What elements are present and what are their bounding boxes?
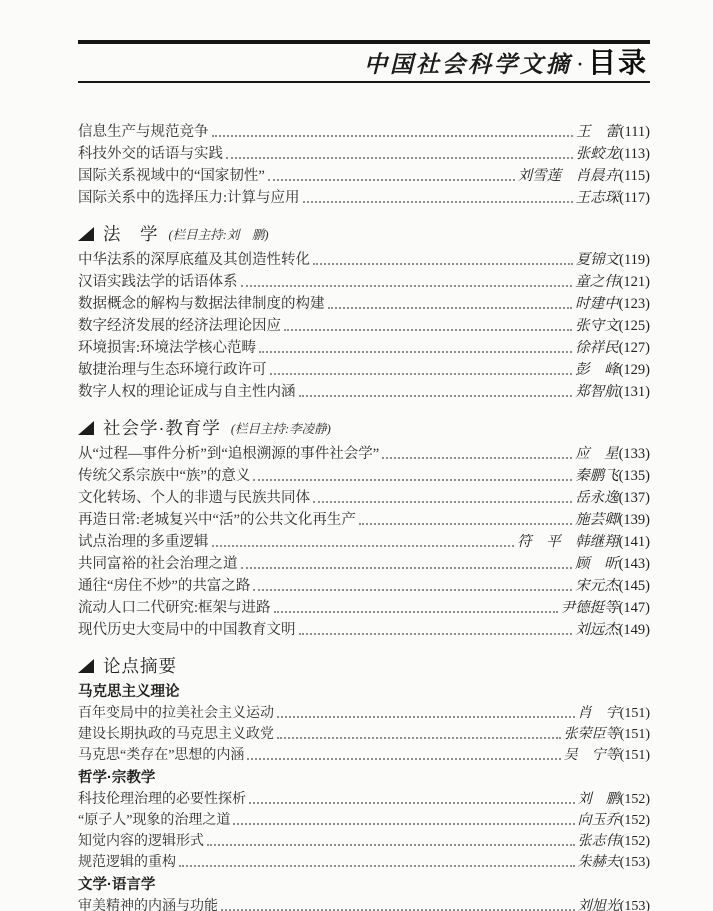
dotted-leader xyxy=(249,802,575,804)
toc-entry-row: 流动人口二代研究:框架与进路尹德挺等(147) xyxy=(78,595,650,617)
dotted-leader xyxy=(328,307,573,309)
toc-entry-row: 数字人权的理论证成与自主性内涵郑智航(131) xyxy=(78,379,650,401)
section-title: 社会学·教育学 xyxy=(103,420,221,438)
toc-entry-row: 数据概念的解构与数据法律制度的构建时建中(123) xyxy=(78,291,650,313)
entry-authors: 张荣臣等 xyxy=(564,723,620,743)
entry-title: 建设长期执政的马克思主义政党 xyxy=(78,723,274,743)
section-host: (栏目主持:李凌静) xyxy=(231,422,331,437)
toc-entry-row: 国际关系中的选择压力:计算与应用王志琛(117) xyxy=(78,185,650,207)
entry-title: “原子人”现象的治理之道 xyxy=(78,809,230,829)
section-header: 社会学·教育学(栏目主持:李凌静) xyxy=(78,413,650,437)
entry-page-number: (152) xyxy=(620,834,650,850)
entry-title: 规范逻辑的重构 xyxy=(78,851,176,871)
entry-page-number: (153) xyxy=(620,855,650,871)
entry-title: 现代历史大变局中的中国教育文明 xyxy=(78,618,296,639)
entry-title: 数据概念的解构与数据法律制度的构建 xyxy=(78,292,325,313)
entry-authors: 童之伟 xyxy=(575,270,619,291)
entry-authors: 郑智航 xyxy=(575,380,619,401)
dotted-leader xyxy=(179,865,575,867)
entry-page-number: (149) xyxy=(619,622,650,639)
entry-authors: 向玉乔 xyxy=(578,809,620,829)
entry-page-number: (143) xyxy=(619,556,650,573)
entry-title: 知觉内容的逻辑形式 xyxy=(78,830,204,850)
dotted-leader xyxy=(270,373,573,375)
toc-entry-row: 通往“房住不炒”的共富之路宋元杰(145) xyxy=(78,573,650,595)
entry-title: 信息生产与规范竞争 xyxy=(78,120,209,141)
dotted-leader xyxy=(277,737,561,739)
dotted-leader xyxy=(212,545,515,547)
entry-page-number: (125) xyxy=(619,318,650,335)
entry-page-number: (153) xyxy=(620,899,650,911)
toc-page: 中国社会科学文摘 · 目录 信息生产与规范竞争王 蕾(111)科技外交的话语与实… xyxy=(0,0,713,911)
toc-entry-row: 再造日常:老城复兴中“活”的公共文化再生产施芸卿(139) xyxy=(78,507,650,529)
entry-authors: 夏锦文 xyxy=(576,248,620,269)
entry-authors: 尹德挺等 xyxy=(561,596,619,617)
entry-title: 传统父系宗族中“族”的意义 xyxy=(78,464,250,485)
toc-entry-row: 科技伦理治理的必要性探析刘 鹏(152) xyxy=(78,787,650,808)
subsection-header: 文学·语言学 xyxy=(78,872,650,894)
page-header: 中国社会科学文摘 · 目录 xyxy=(78,40,650,83)
entry-page-number: (115) xyxy=(619,168,650,185)
dotted-leader xyxy=(313,263,573,265)
section-marker-icon xyxy=(78,227,94,241)
toc-entry-row: 试点治理的多重逻辑符 平 韩继翔(141) xyxy=(78,529,650,551)
dotted-leader xyxy=(382,457,572,459)
toc-list: 信息生产与规范竞争王 蕾(111)科技外交的话语与实践张蛟龙(113)国际关系视… xyxy=(78,119,650,911)
entry-title: 数字人权的理论证成与自主性内涵 xyxy=(78,380,296,401)
entry-page-number: (151) xyxy=(620,706,650,722)
toc-entry-row: 科技外交的话语与实践张蛟龙(113) xyxy=(78,141,650,163)
entry-title: 敏捷治理与生态环境行政许可 xyxy=(78,358,267,379)
toc-entry-row: 现代历史大变局中的中国教育文明刘远杰(149) xyxy=(78,617,650,639)
toc-entry-row: 中华法系的深厚底蕴及其创造性转化夏锦文(119) xyxy=(78,247,650,269)
dotted-leader xyxy=(313,501,572,503)
entry-authors: 施芸卿 xyxy=(575,508,619,529)
entry-page-number: (151) xyxy=(620,727,650,743)
toc-entry-row: 知觉内容的逻辑形式张志伟(152) xyxy=(78,829,650,850)
entry-page-number: (121) xyxy=(619,274,650,291)
dotted-leader xyxy=(226,157,573,159)
entry-page-number: (131) xyxy=(619,384,650,401)
dotted-leader xyxy=(233,823,574,825)
dotted-leader xyxy=(253,589,572,591)
toc-entry-row: 从“过程—事件分析”到“追根溯源的事件社会学”应 星(133) xyxy=(78,441,650,463)
subsection-header: 马克思主义理论 xyxy=(78,679,650,701)
toc-entry-row: 百年变局中的拉美社会主义运动肖 宇(151) xyxy=(78,701,650,722)
entry-authors: 岳永逸 xyxy=(575,486,619,507)
entry-authors: 顾 昕 xyxy=(575,552,619,573)
entry-authors: 彭 峰 xyxy=(575,358,619,379)
toc-entry-row: 马克思“类存在”思想的内涵吴 宁等(151) xyxy=(78,743,650,764)
masthead-dot: · xyxy=(577,52,583,77)
toc-group: 社会学·教育学(栏目主持:李凌静)从“过程—事件分析”到“追根溯源的事件社会学”… xyxy=(78,413,650,639)
section-host: (栏目主持:刘 鹏) xyxy=(169,228,269,243)
entry-authors: 秦鹏飞 xyxy=(575,464,619,485)
toc-entry-row: 规范逻辑的重构朱赫夫(153) xyxy=(78,850,650,871)
entry-title: 文化转场、个人的非遗与民族共同体 xyxy=(78,486,310,507)
section-title: 法 学 xyxy=(103,226,159,244)
dotted-leader xyxy=(268,179,515,181)
toc-entry-row: 建设长期执政的马克思主义政党张荣臣等(151) xyxy=(78,722,650,743)
entry-title: 国际关系视域中的“国家韧性” xyxy=(78,164,265,185)
entry-page-number: (127) xyxy=(619,340,650,357)
toc-entry-row: 环境损害:环境法学核心范畴徐祥民(127) xyxy=(78,335,650,357)
entry-authors: 宋元杰 xyxy=(575,574,619,595)
entry-page-number: (139) xyxy=(619,512,650,529)
toc-group: 信息生产与规范竞争王 蕾(111)科技外交的话语与实践张蛟龙(113)国际关系视… xyxy=(78,119,650,207)
entry-title: 通往“房住不炒”的共富之路 xyxy=(78,574,250,595)
subsection-title: 哲学·宗教学 xyxy=(78,766,155,787)
entry-title: 再造日常:老城复兴中“活”的公共文化再生产 xyxy=(78,508,356,529)
entry-page-number: (152) xyxy=(620,813,650,829)
entry-authors: 应 星 xyxy=(575,442,619,463)
dotted-leader xyxy=(303,201,573,203)
toc-group: 法 学(栏目主持:刘 鹏)中华法系的深厚底蕴及其创造性转化夏锦文(119)汉语实… xyxy=(78,219,650,401)
section-marker-icon xyxy=(78,421,94,435)
dotted-leader xyxy=(274,611,558,613)
section-header: 论点摘要 xyxy=(78,651,650,675)
entry-title: 试点治理的多重逻辑 xyxy=(78,530,209,551)
entry-page-number: (135) xyxy=(619,468,650,485)
entry-authors: 时建中 xyxy=(575,292,619,313)
section-title: 论点摘要 xyxy=(103,658,177,676)
entry-page-number: (129) xyxy=(619,362,650,379)
dotted-leader xyxy=(359,523,572,525)
entry-title: 科技外交的话语与实践 xyxy=(78,142,223,163)
journal-title: 中国社会科学文摘 xyxy=(364,52,572,77)
entry-authors: 张蛟龙 xyxy=(576,142,620,163)
entry-authors: 刘旭光 xyxy=(578,895,620,911)
entry-page-number: (123) xyxy=(619,296,650,313)
toc-entry-row: 传统父系宗族中“族”的意义秦鹏飞(135) xyxy=(78,463,650,485)
toc-label: 目录 xyxy=(588,49,648,77)
toc-group: 论点摘要马克思主义理论百年变局中的拉美社会主义运动肖 宇(151)建设长期执政的… xyxy=(78,651,650,911)
section-marker-icon xyxy=(78,659,94,673)
toc-entry-row: 信息生产与规范竞争王 蕾(111) xyxy=(78,119,650,141)
entry-title: 中华法系的深厚底蕴及其创造性转化 xyxy=(78,248,310,269)
entry-page-number: (151) xyxy=(620,748,650,764)
entry-page-number: (152) xyxy=(620,792,650,808)
entry-authors: 张守文 xyxy=(575,314,619,335)
dotted-leader xyxy=(299,395,573,397)
entry-page-number: (133) xyxy=(619,446,650,463)
entry-page-number: (119) xyxy=(619,252,650,269)
entry-authors: 肖 宇 xyxy=(578,702,620,722)
header-bottom-rule xyxy=(78,81,650,83)
entry-authors: 刘 鹏 xyxy=(578,788,620,808)
entry-page-number: (147) xyxy=(619,600,650,617)
entry-title: 共同富裕的社会治理之道 xyxy=(78,552,238,573)
dotted-leader xyxy=(277,716,575,718)
entry-title: 审美精神的内涵与功能 xyxy=(78,895,218,911)
toc-entry-row: 文化转场、个人的非遗与民族共同体岳永逸(137) xyxy=(78,485,650,507)
entry-title: 数字经济发展的经济法理论因应 xyxy=(78,314,281,335)
section-header: 法 学(栏目主持:刘 鹏) xyxy=(78,219,650,243)
entry-page-number: (117) xyxy=(619,190,650,207)
entry-authors: 王 蕾 xyxy=(576,120,620,141)
entry-authors: 朱赫夫 xyxy=(578,851,620,871)
entry-title: 环境损害:环境法学核心范畴 xyxy=(78,336,256,357)
toc-entry-row: 审美精神的内涵与功能刘旭光(153) xyxy=(78,894,650,911)
entry-title: 马克思“类存在”思想的内涵 xyxy=(78,744,244,764)
entry-page-number: (111) xyxy=(620,124,650,141)
entry-authors: 刘雪莲 肖晨卉 xyxy=(518,164,620,185)
entry-authors: 张志伟 xyxy=(578,830,620,850)
entry-page-number: (145) xyxy=(619,578,650,595)
dotted-leader xyxy=(241,567,573,569)
entry-title: 百年变局中的拉美社会主义运动 xyxy=(78,702,274,722)
dotted-leader xyxy=(284,329,572,331)
entry-title: 国际关系中的选择压力:计算与应用 xyxy=(78,186,300,207)
entry-page-number: (141) xyxy=(619,534,650,551)
dotted-leader xyxy=(207,844,575,846)
entry-authors: 王志琛 xyxy=(576,186,620,207)
entry-authors: 吴 宁等 xyxy=(564,744,620,764)
toc-entry-row: “原子人”现象的治理之道向玉乔(152) xyxy=(78,808,650,829)
masthead: 中国社会科学文摘 · 目录 xyxy=(78,44,650,81)
dotted-leader xyxy=(241,285,573,287)
dotted-leader xyxy=(259,351,572,353)
subsection-title: 马克思主义理论 xyxy=(78,680,180,701)
entry-title: 流动人口二代研究:框架与进路 xyxy=(78,596,271,617)
entry-authors: 刘远杰 xyxy=(575,618,619,639)
toc-entry-row: 敏捷治理与生态环境行政许可彭 峰(129) xyxy=(78,357,650,379)
toc-entry-row: 数字经济发展的经济法理论因应张守文(125) xyxy=(78,313,650,335)
entry-page-number: (137) xyxy=(619,490,650,507)
entry-authors: 符 平 韩继翔 xyxy=(517,530,619,551)
entry-page-number: (113) xyxy=(619,146,650,163)
subsection-title: 文学·语言学 xyxy=(78,873,155,894)
entry-title: 汉语实践法学的话语体系 xyxy=(78,270,238,291)
entry-title: 科技伦理治理的必要性探析 xyxy=(78,788,246,808)
dotted-leader xyxy=(247,758,560,760)
toc-entry-row: 汉语实践法学的话语体系童之伟(121) xyxy=(78,269,650,291)
dotted-leader xyxy=(253,479,572,481)
subsection-header: 哲学·宗教学 xyxy=(78,765,650,787)
dotted-leader xyxy=(299,633,573,635)
entry-title: 从“过程—事件分析”到“追根溯源的事件社会学” xyxy=(78,442,379,463)
entry-authors: 徐祥民 xyxy=(575,336,619,357)
toc-entry-row: 国际关系视域中的“国家韧性”刘雪莲 肖晨卉(115) xyxy=(78,163,650,185)
dotted-leader xyxy=(212,135,574,137)
toc-entry-row: 共同富裕的社会治理之道顾 昕(143) xyxy=(78,551,650,573)
